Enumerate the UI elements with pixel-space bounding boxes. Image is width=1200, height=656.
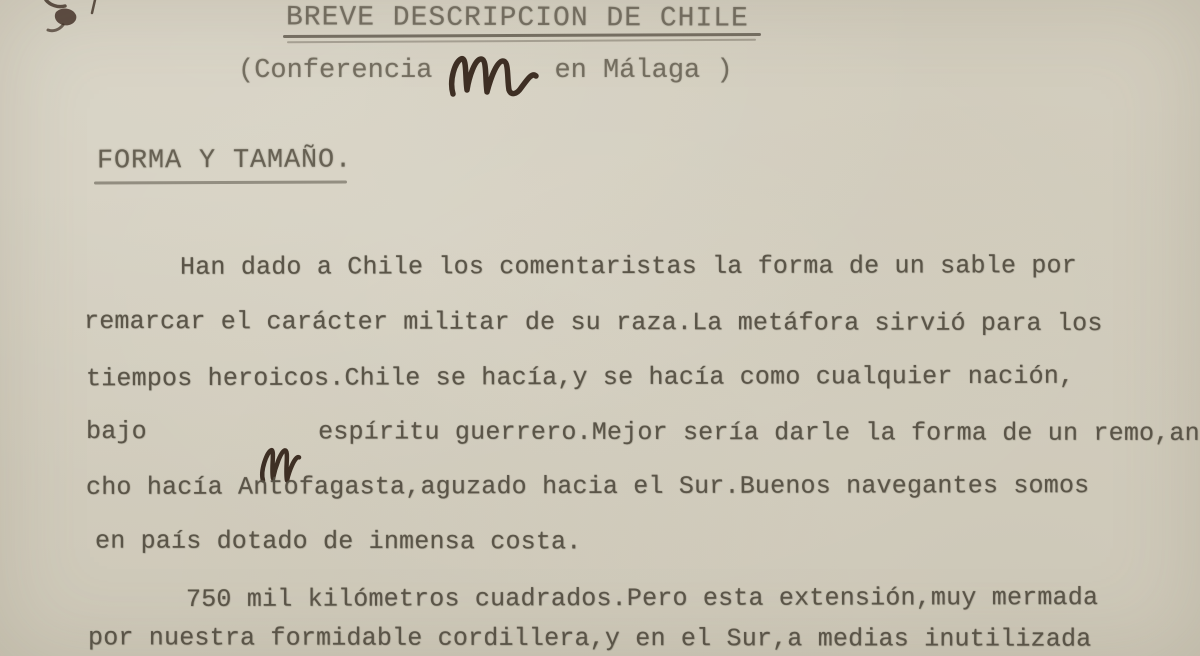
body-line-8-cut-off: por nuestra formidable cordillera,y en e…: [88, 623, 1091, 653]
handwritten-scribble-small-icon: [163, 413, 304, 523]
subtitle-pre: (Conferencia: [238, 56, 432, 86]
body-line-7: 750 mil kilómetros cuadrados.Pero esta e…: [186, 583, 1098, 614]
document-page: BREVE DESCRIPCION DE CHILE (Conferencia …: [0, 0, 1200, 656]
document-title: BREVE DESCRIPCION DE CHILE: [286, 2, 749, 34]
body-line-1: Han dado a Chile los comentaristas la fo…: [180, 251, 1077, 282]
section-heading-underline: [94, 180, 347, 184]
body-line-2: remarcar el carácter militar de su raza.…: [84, 307, 1103, 338]
body-line-4-pre: bajo: [86, 417, 147, 446]
handwritten-scribble-icon: [446, 48, 542, 111]
subtitle-post: en Málaga ): [554, 56, 732, 86]
body-line-3: tiempos heroicos.Chile se hacía,y se hac…: [86, 362, 1074, 394]
title-underline: [283, 33, 761, 38]
body-line-4-post: espíritu guerrero.Mejor sería darle la f…: [318, 417, 1200, 448]
section-heading: FORMA Y TAMAÑO.: [97, 146, 352, 177]
body-line-5: cho hacía Antofagasta,aguzado hacia el S…: [86, 471, 1089, 502]
body-line-6: en país dotado de inmensa costa.: [95, 527, 582, 557]
subtitle-line: (Conferencia en Málaga ): [238, 56, 733, 111]
ink-marks-icon: [30, 0, 120, 40]
title-underline-second: [287, 39, 756, 43]
